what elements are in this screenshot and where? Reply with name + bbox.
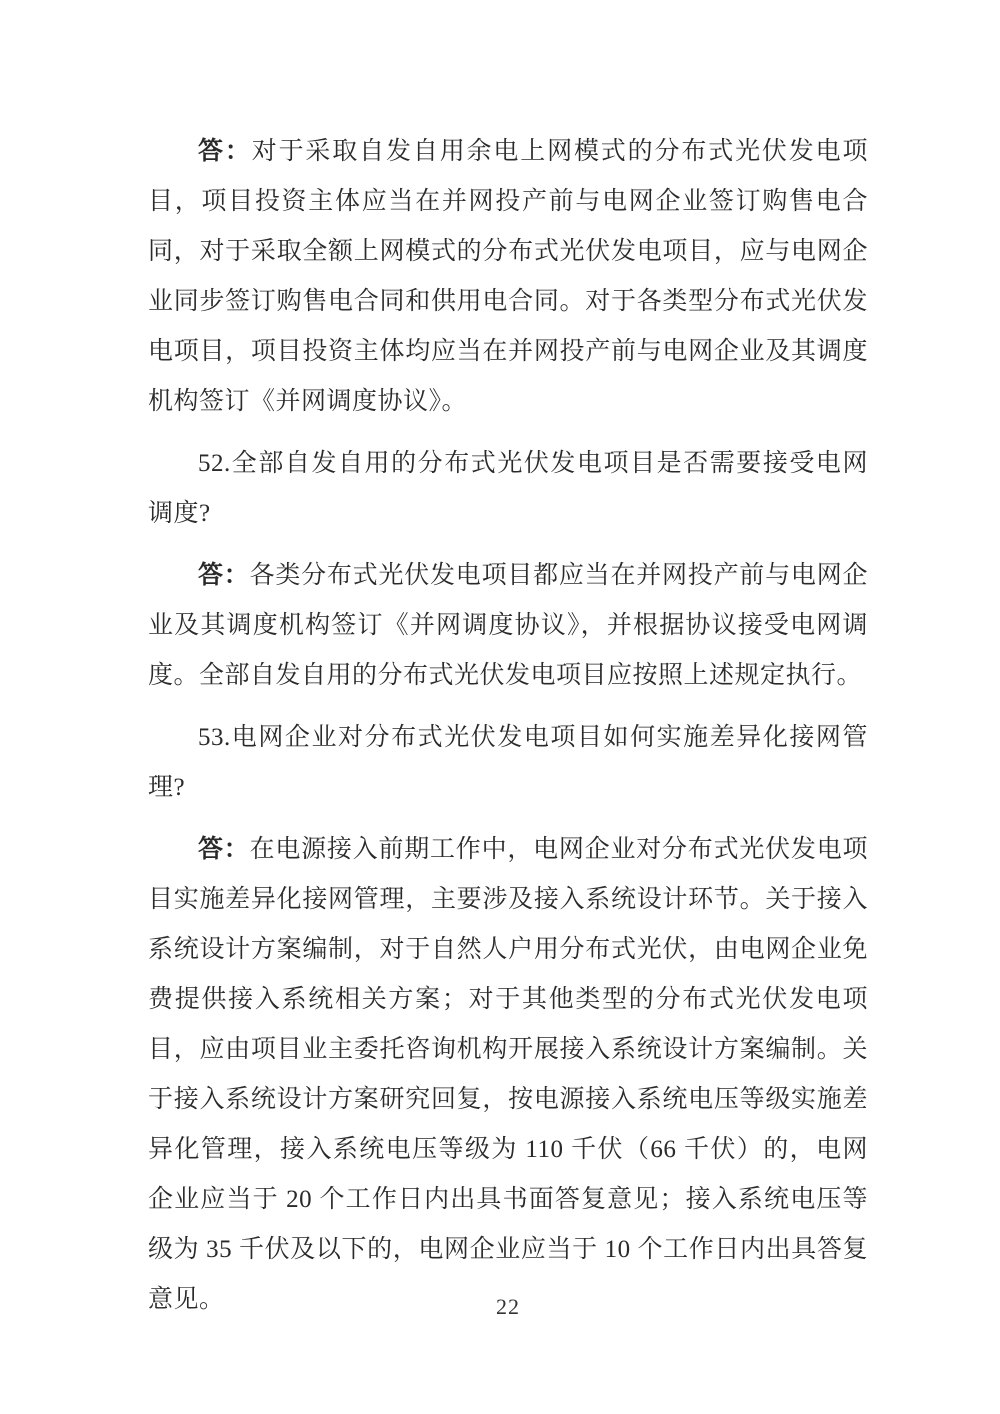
question-paragraph: 53.电网企业对分布式光伏发电项目如何实施差异化接网管理? <box>148 713 868 813</box>
answer-prefix-label: 答： <box>198 836 250 863</box>
answer-prefix-label: 答： <box>198 138 252 165</box>
document-page: 答：对于采取自发自用余电上网模式的分布式光伏发电项目，项目投资主体应当在并网投产… <box>0 0 1000 1414</box>
paragraph-text: 在电源接入前期工作中，电网企业对分布式光伏发电项目实施差异化接网管理，主要涉及接… <box>148 836 868 1313</box>
answer-paragraph: 答：各类分布式光伏发电项目都应当在并网投产前与电网企业及其调度机构签订《并网调度… <box>148 551 868 701</box>
paragraph-text: 52.全部自发自用的分布式光伏发电项目是否需要接受电网调度? <box>148 450 868 527</box>
paragraph-text: 各类分布式光伏发电项目都应当在并网投产前与电网企业及其调度机构签订《并网调度协议… <box>148 562 868 689</box>
page-footer: 22 <box>148 1292 868 1322</box>
answer-paragraph: 答：对于采取自发自用余电上网模式的分布式光伏发电项目，项目投资主体应当在并网投产… <box>148 127 868 427</box>
answer-paragraph: 答：在电源接入前期工作中，电网企业对分布式光伏发电项目实施差异化接网管理，主要涉… <box>148 825 868 1325</box>
question-paragraph: 52.全部自发自用的分布式光伏发电项目是否需要接受电网调度? <box>148 439 868 539</box>
paragraph-text: 对于采取自发自用余电上网模式的分布式光伏发电项目，项目投资主体应当在并网投产前与… <box>148 138 868 415</box>
answer-prefix-label: 答： <box>198 562 250 589</box>
paragraph-text: 53.电网企业对分布式光伏发电项目如何实施差异化接网管理? <box>148 724 868 801</box>
document-content: 答：对于采取自发自用余电上网模式的分布式光伏发电项目，项目投资主体应当在并网投产… <box>148 127 868 1325</box>
page-number: 22 <box>496 1294 520 1319</box>
